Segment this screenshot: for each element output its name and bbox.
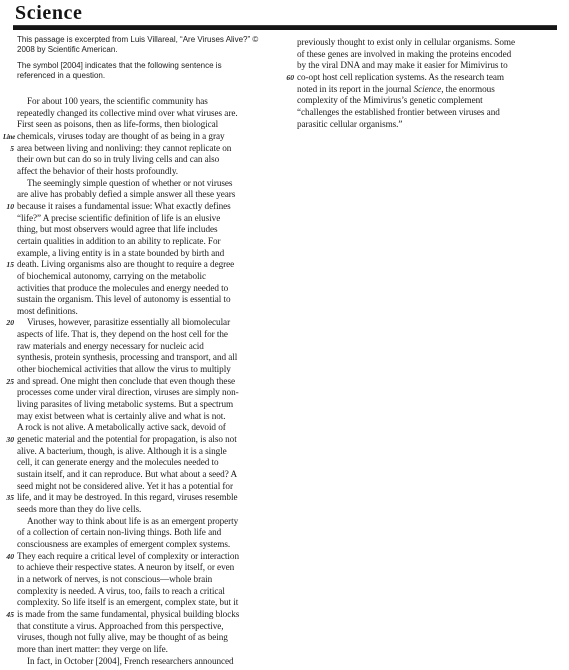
line-number: 40	[3, 551, 17, 563]
passage-line-text: aspects of life. That is, they depend on…	[17, 329, 281, 341]
passage-line-text: living parasites of living metabolic sys…	[17, 399, 281, 411]
passage-line: are alive has probably defied a simple a…	[3, 189, 281, 201]
passage-line: alive. A bacterium, though, is alive. Al…	[3, 446, 281, 458]
passage-line-text: alive. A bacterium, though, is alive. Al…	[17, 446, 281, 458]
passage-line-text: seeds more than they do live cells.	[17, 504, 281, 516]
passage-line: certain qualities in addition to an abil…	[3, 236, 281, 248]
passage-line: parasitic cellular organisms.”	[283, 119, 567, 131]
passage-line: Another way to think about life is as an…	[3, 516, 281, 528]
passage-line: of biochemical autonomy, carrying on the…	[3, 271, 281, 283]
passage-line-text: seed might not be considered alive. Yet …	[17, 481, 281, 493]
passage-line: by the viral DNA and may make it easier …	[283, 60, 567, 72]
passage-line-text: complexity is needed. A virus, too, fail…	[17, 586, 281, 598]
passage-line-text: is made from the same fundamental, physi…	[17, 609, 281, 621]
passage-line-text: sustain the organism. This level of auto…	[17, 294, 281, 306]
passage-line-text: activities that produce the molecules an…	[17, 283, 281, 295]
passage-line-text: by the viral DNA and may make it easier …	[297, 60, 567, 72]
passage-line: their own but can do so in truly living …	[3, 154, 281, 166]
passage-line-text: death. Living organisms also are thought…	[17, 259, 281, 271]
passage-line-text: consciousness are examples of emergent c…	[17, 539, 281, 551]
passage-line-text: noted in its report in the journal Scien…	[297, 84, 567, 96]
passage-note: The symbol [2004] indicates that the fol…	[17, 61, 275, 81]
passage-line-text: genetic material and the potential for p…	[17, 434, 281, 446]
passage-line: 30genetic material and the potential for…	[3, 434, 281, 446]
intro-line: referenced in a question.	[17, 71, 275, 81]
passage-line: affect the behavior of their hosts profo…	[3, 166, 281, 178]
passage-line: The seemingly simple question of whether…	[3, 178, 281, 190]
passage-line-text: “challenges the established frontier bet…	[297, 107, 567, 119]
passage-line: viruses, though not fully alive, may be …	[3, 632, 281, 644]
passage-line-text: in a network of nerves, is not conscious…	[17, 574, 281, 586]
passage-line-text: synthesis, protein synthesis, processing…	[17, 352, 281, 364]
passage-line-text: life, and it may be destroyed. In this r…	[17, 492, 281, 504]
passage-line-text: their own but can do so in truly living …	[17, 154, 281, 166]
passage-line: repeatedly changed its collective mind o…	[3, 108, 281, 120]
line-number: 60	[283, 72, 297, 84]
passage-line: In fact, in October [2004], French resea…	[3, 656, 281, 668]
passage-line: thing, but most observers would agree th…	[3, 224, 281, 236]
intro-line: This passage is excerpted from Luis Vill…	[17, 35, 275, 45]
passage-line: 20Viruses, however, parasitize essential…	[3, 317, 281, 329]
passage-line-text: are alive has probably defied a simple a…	[17, 189, 281, 201]
passage-line-text: Viruses, however, parasitize essentially…	[17, 317, 281, 329]
passage-line: seeds more than they do live cells.	[3, 504, 281, 516]
passage-line: previously thought to exist only in cell…	[283, 37, 567, 49]
passage-line-text: complexity. So life itself is an emergen…	[17, 597, 281, 609]
passage-line-text: because it raises a fundamental issue: W…	[17, 201, 281, 213]
passage-line-text: raw materials and energy necessary for n…	[17, 341, 281, 353]
line-number: 45	[3, 609, 17, 621]
passage-line: “life?” A precise scientific definition …	[3, 213, 281, 225]
passage-line: A rock is not alive. A metabolically act…	[3, 422, 281, 434]
passage-line: complexity of the Mimivirus’s genetic co…	[283, 95, 567, 107]
passage-line-text: of biochemical autonomy, carrying on the…	[17, 271, 281, 283]
passage-line: 35life, and it may be destroyed. In this…	[3, 492, 281, 504]
line-number: 25	[3, 376, 17, 388]
passage-line: complexity is needed. A virus, too, fail…	[3, 586, 281, 598]
passage-line-text: most definitions.	[17, 306, 281, 318]
line-number: 5	[3, 143, 17, 155]
passage-line: most definitions.	[3, 306, 281, 318]
passage-line: of these genes are involved in making th…	[283, 49, 567, 61]
passage-line-text: other biochemical activities that allow …	[17, 364, 281, 376]
passage-line: processes come under viral direction, vi…	[3, 387, 281, 399]
passage-line-text: processes come under viral direction, vi…	[17, 387, 281, 399]
passage-line: in a network of nerves, is not conscious…	[3, 574, 281, 586]
passage-line: of a collection of certain non-living th…	[3, 527, 281, 539]
passage-line-text: of a collection of certain non-living th…	[17, 527, 281, 539]
passage-line-text: viruses, though not fully alive, may be …	[17, 632, 281, 644]
passage-line-text: affect the behavior of their hosts profo…	[17, 166, 281, 178]
passage-line: cell, it can generate energy and the mol…	[3, 457, 281, 469]
passage-line-text: thing, but most observers would agree th…	[17, 224, 281, 236]
passage-page: Science This passage is excerpted from L…	[0, 0, 569, 670]
passage-line: that constitute a virus. Approached from…	[3, 621, 281, 633]
passage-line-text: Another way to think about life is as an…	[17, 516, 281, 528]
passage-intro: This passage is excerpted from Luis Vill…	[17, 35, 275, 87]
intro-line: 2008 by Scientific American.	[17, 45, 275, 55]
passage-line-text: area between living and nonliving: they …	[17, 143, 281, 155]
passage-line-text: “life?” A precise scientific definition …	[17, 213, 281, 225]
passage-line-text: previously thought to exist only in cell…	[297, 37, 567, 49]
passage-line: raw materials and energy necessary for n…	[3, 341, 281, 353]
passage-line-text: example, a living entity is in a state b…	[17, 248, 281, 260]
passage-line: to achieve their respective states. A ne…	[3, 562, 281, 574]
passage-line: 25and spread. One might then conclude th…	[3, 376, 281, 388]
passage-line: activities that produce the molecules an…	[3, 283, 281, 295]
passage-line-text: more than inert matter: they verge on li…	[17, 644, 281, 656]
passage-line-text: that constitute a virus. Approached from…	[17, 621, 281, 633]
passage-line: may exist between what is certainly aliv…	[3, 411, 281, 423]
line-number: 10	[3, 201, 17, 213]
passage-line-text: For about 100 years, the scientific comm…	[17, 96, 281, 108]
passage-line-text: A rock is not alive. A metabolically act…	[17, 422, 281, 434]
passage-line-text: may exist between what is certainly aliv…	[17, 411, 281, 423]
passage-line-text: and spread. One might then conclude that…	[17, 376, 281, 388]
passage-line-text: First seen as poisons, then as life-form…	[17, 119, 281, 131]
passage-line-text: cell, it can generate energy and the mol…	[17, 457, 281, 469]
passage-line-text: of these genes are involved in making th…	[297, 49, 567, 61]
passage-line-text: In fact, in October [2004], French resea…	[17, 656, 281, 668]
passage-line: For about 100 years, the scientific comm…	[3, 96, 281, 108]
passage-line: consciousness are examples of emergent c…	[3, 539, 281, 551]
intro-line: The symbol [2004] indicates that the fol…	[17, 61, 275, 71]
header-rule	[13, 25, 557, 30]
passage-line-text: parasitic cellular organisms.”	[297, 119, 567, 131]
passage-line: 5area between living and nonliving: they…	[3, 143, 281, 155]
passage-line-text: to achieve their respective states. A ne…	[17, 562, 281, 574]
passage-line: sustain itself, and it can reproduce. Bu…	[3, 469, 281, 481]
passage-attribution: This passage is excerpted from Luis Vill…	[17, 35, 275, 55]
passage-line-text: sustain itself, and it can reproduce. Bu…	[17, 469, 281, 481]
passage-line-text: co-opt host cell replication systems. As…	[297, 72, 567, 84]
passage-line: noted in its report in the journal Scien…	[283, 84, 567, 96]
passage-line: 15death. Living organisms also are thoug…	[3, 259, 281, 271]
passage-line-text: chemicals, viruses today are thought of …	[17, 131, 281, 143]
line-number: 35	[3, 492, 17, 504]
passage-line-text: certain qualities in addition to an abil…	[17, 236, 281, 248]
passage-line: complexity. So life itself is an emergen…	[3, 597, 281, 609]
passage-line-text: They each require a critical level of co…	[17, 551, 281, 563]
journal-name-italic: Science	[414, 84, 442, 94]
passage-line: living parasites of living metabolic sys…	[3, 399, 281, 411]
passage-line: 45is made from the same fundamental, phy…	[3, 609, 281, 621]
passage-line: example, a living entity is in a state b…	[3, 248, 281, 260]
passage-line: 40They each require a critical level of …	[3, 551, 281, 563]
section-title: Science	[15, 2, 83, 25]
passage-line: First seen as poisons, then as life-form…	[3, 119, 281, 131]
text-segment: , the enormous	[441, 84, 495, 94]
passage-line: 60co-opt host cell replication systems. …	[283, 72, 567, 84]
passage-line: aspects of life. That is, they depend on…	[3, 329, 281, 341]
passage-line: synthesis, protein synthesis, processing…	[3, 352, 281, 364]
passage-column-left: For about 100 years, the scientific comm…	[3, 96, 281, 667]
text-segment: noted in its report in the journal	[297, 84, 414, 94]
passage-line: more than inert matter: they verge on li…	[3, 644, 281, 656]
passage-line: Linechemicals, viruses today are thought…	[3, 131, 281, 143]
passage-line: other biochemical activities that allow …	[3, 364, 281, 376]
passage-line: sustain the organism. This level of auto…	[3, 294, 281, 306]
passage-line-text: repeatedly changed its collective mind o…	[17, 108, 281, 120]
line-number: 20	[3, 317, 17, 329]
passage-column-right: previously thought to exist only in cell…	[283, 37, 567, 130]
passage-line: 10because it raises a fundamental issue:…	[3, 201, 281, 213]
passage-line: seed might not be considered alive. Yet …	[3, 481, 281, 493]
passage-line-text: complexity of the Mimivirus’s genetic co…	[297, 95, 567, 107]
line-number: 30	[3, 434, 17, 446]
line-number: 15	[3, 259, 17, 271]
passage-line-text: The seemingly simple question of whether…	[17, 178, 281, 190]
passage-line: “challenges the established frontier bet…	[283, 107, 567, 119]
